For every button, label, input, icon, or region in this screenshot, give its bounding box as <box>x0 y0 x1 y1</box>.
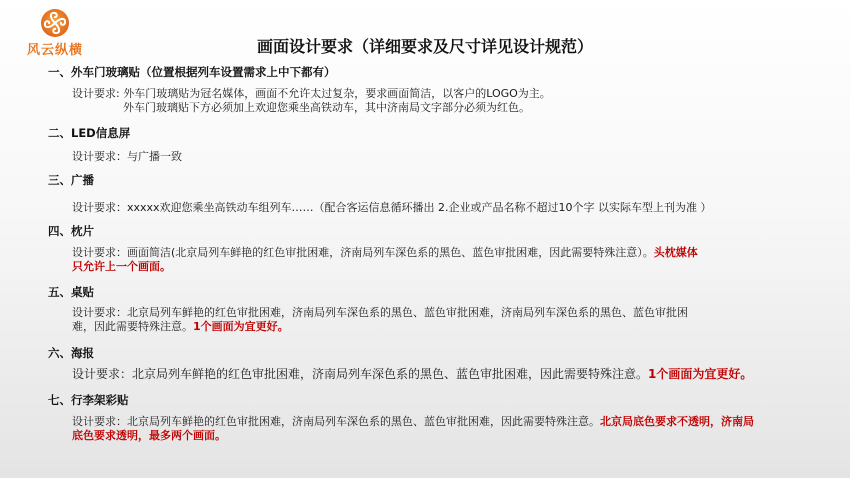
highlight-text-line2: 底色要求透明，最多两个画面。 <box>72 429 226 443</box>
section-heading-exterior-door-glass: 一、外车门玻璃贴（位置根据列车设置需求上中下都有） <box>48 64 336 80</box>
highlight-text: 头枕媒体 <box>654 246 698 259</box>
requirement-body: 难，因此需要特殊注意。 <box>72 320 193 333</box>
requirement-text: 外车门玻璃贴为冠名媒体，画面不允许太过复杂，要求画面简洁，以客户的LOGO为主。 <box>123 87 551 100</box>
page-title: 画面设计要求（详细要求及尺寸详见设计规范） <box>0 34 850 57</box>
highlight-text: 1个画面为宜更好。 <box>193 320 289 333</box>
section-text: 设计要求: 外车门玻璃贴为冠名媒体，画面不允许太过复杂，要求画面简洁，以客户的L… <box>72 87 551 101</box>
section-heading-headrest: 四、枕片 <box>48 223 94 239</box>
requirement-body: 设计要求：画面简洁(北京局列车鲜艳的红色审批困难，济南局列车深色系的黑色、蓝色审… <box>72 246 654 259</box>
section-heading-led-screen: 二、LED信息屏 <box>48 125 130 141</box>
requirement-label: 设计要求: <box>72 87 120 100</box>
requirement-text: 设计要求：北京局列车鲜艳的红色审批困难，济南局列车深色系的黑色、蓝色审批困难，因… <box>72 367 752 381</box>
requirement-text-line2: 难，因此需要特殊注意。1个画面为宜更好。 <box>72 320 289 334</box>
requirement-text: 设计要求：xxxxx欢迎您乘坐高铁动车组列车……（配合客运信息循环播出 2.企业… <box>72 201 712 215</box>
requirement-body: 设计要求：北京局列车鲜艳的红色审批困难，济南局列车深色系的黑色、蓝色审批困难，因… <box>72 367 648 381</box>
highlight-text: 1个画面为宜更好。 <box>648 367 752 381</box>
section-heading-luggage-rack-sticker: 七、行李架彩贴 <box>48 392 129 408</box>
requirement-text-line2: 外车门玻璃贴下方必须加上欢迎您乘坐高铁动车，其中济南局文字部分必须为红色。 <box>123 101 530 115</box>
requirement-text: 设计要求：北京局列车鲜艳的红色审批困难，济南局列车深色系的黑色、蓝色审批困难，因… <box>72 415 754 429</box>
section-heading-poster: 六、海报 <box>48 345 94 361</box>
requirement-text: 设计要求：北京局列车鲜艳的红色审批困难，济南局列车深色系的黑色、蓝色审批困难，济… <box>72 306 688 320</box>
section-heading-table-sticker: 五、桌贴 <box>48 284 94 300</box>
highlight-text: 北京局底色要求不透明，济南局 <box>600 415 754 428</box>
section-heading-broadcast: 三、广播 <box>48 172 94 188</box>
requirement-text: 设计要求：画面简洁(北京局列车鲜艳的红色审批困难，济南局列车深色系的黑色、蓝色审… <box>72 246 698 260</box>
highlight-text-line2: 只允许上一个画面。 <box>72 260 171 274</box>
requirement-body: 设计要求：北京局列车鲜艳的红色审批困难，济南局列车深色系的黑色、蓝色审批困难，因… <box>72 415 600 428</box>
requirement-text: 设计要求：与广播一致 <box>72 150 182 164</box>
